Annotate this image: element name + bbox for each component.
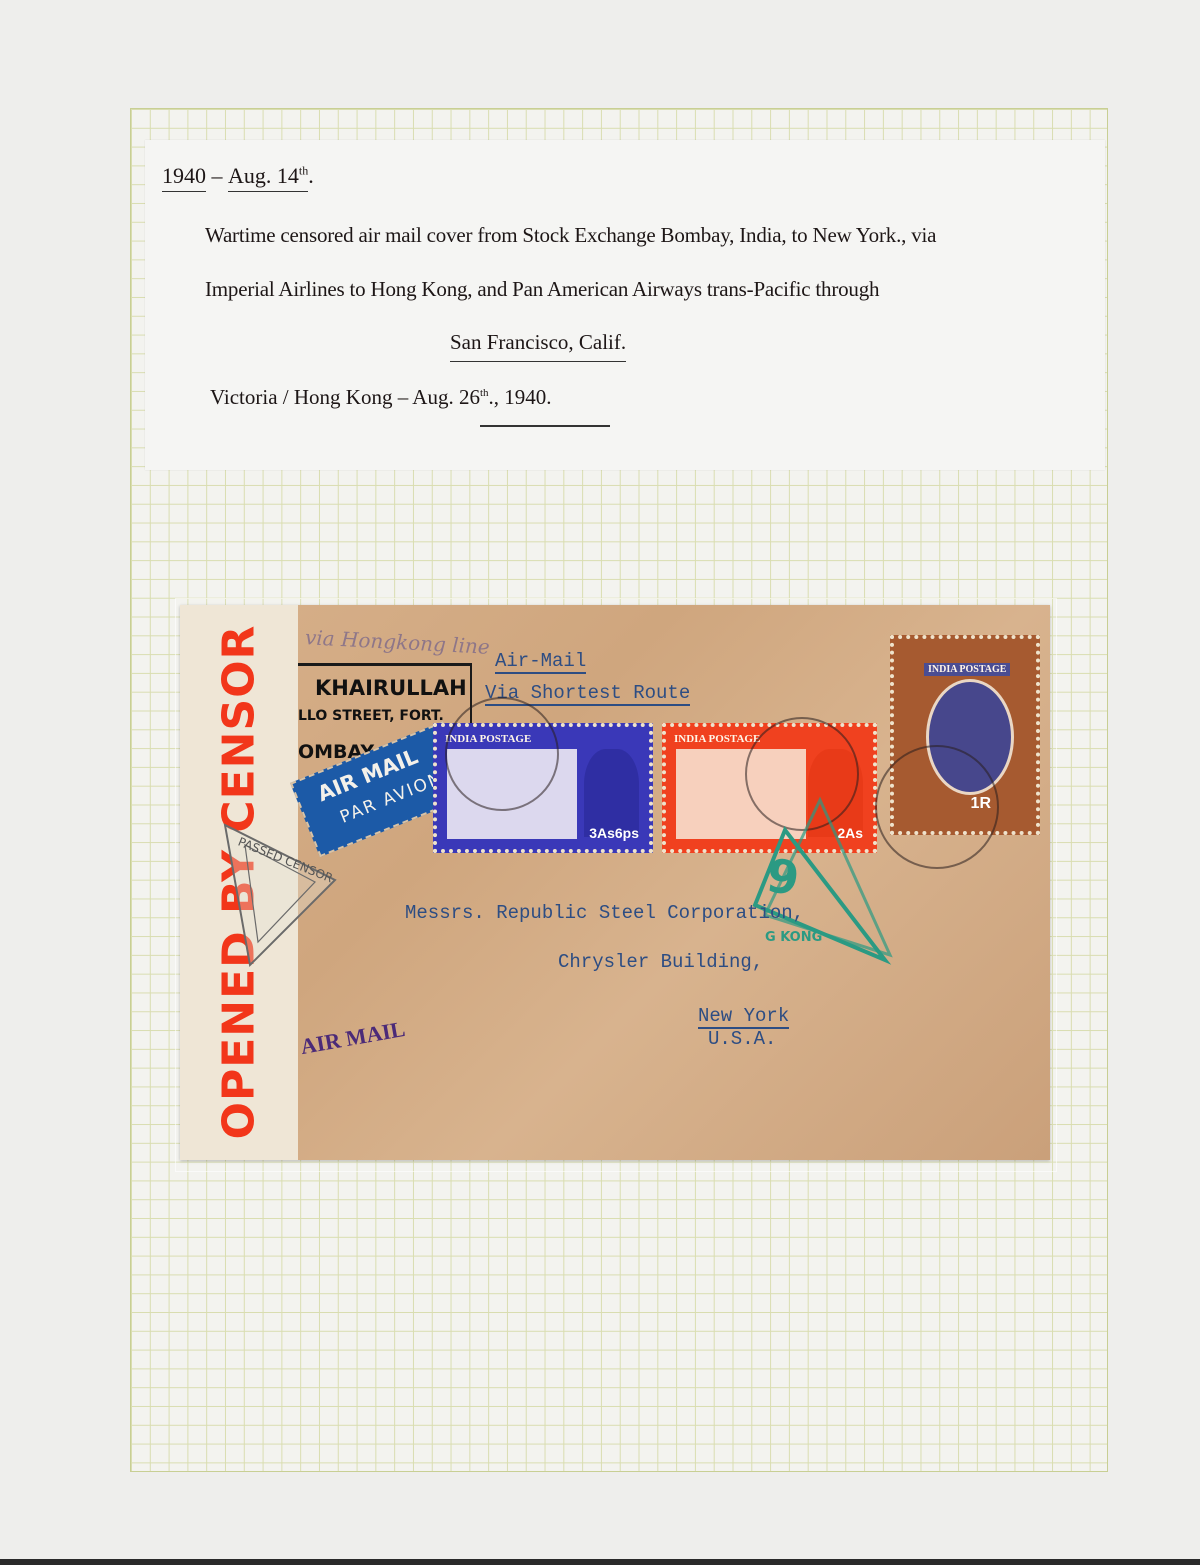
- envelope-cover: OPENED BY CENSOR via Hongkong line KHAIR…: [180, 605, 1050, 1160]
- sender-street: LLO STREET, FORT.: [298, 708, 444, 724]
- address-line-2: Chrysler Building,: [558, 951, 763, 973]
- censor-hong-kong-text: G KONG: [765, 930, 822, 945]
- sender-name: KHAIRULLAH: [315, 676, 467, 700]
- airmail-handstamp: AIR MAIL: [299, 1016, 408, 1060]
- date-day: Aug. 14th: [228, 163, 308, 192]
- postmark-circle: [445, 697, 559, 811]
- typed-airmail: Air-Mail: [495, 650, 586, 674]
- address-line-1: Messrs. Republic Steel Corporation,: [405, 902, 804, 924]
- caption-line-2: Imperial Airlines to Hong Kong, and Pan …: [205, 277, 879, 302]
- caption-underline: [480, 425, 610, 427]
- address-line-3: New York: [698, 1005, 789, 1029]
- address-line-4: U.S.A.: [708, 1028, 776, 1050]
- caption-card: 1940 – Aug. 14th. Wartime censored air m…: [145, 140, 1105, 470]
- handwritten-note: via Hongkong line: [304, 625, 490, 659]
- caption-line-1: Wartime censored air mail cover from Sto…: [205, 223, 936, 248]
- date-year: 1940: [162, 163, 206, 192]
- king-portrait: [584, 749, 639, 837]
- caption-line-4: Victoria / Hong Kong – Aug. 26th., 1940.: [210, 385, 552, 410]
- scan-edge: [0, 1559, 1200, 1565]
- caption-line-3: San Francisco, Calif.: [450, 330, 626, 362]
- caption-date: 1940 – Aug. 14th.: [162, 163, 314, 192]
